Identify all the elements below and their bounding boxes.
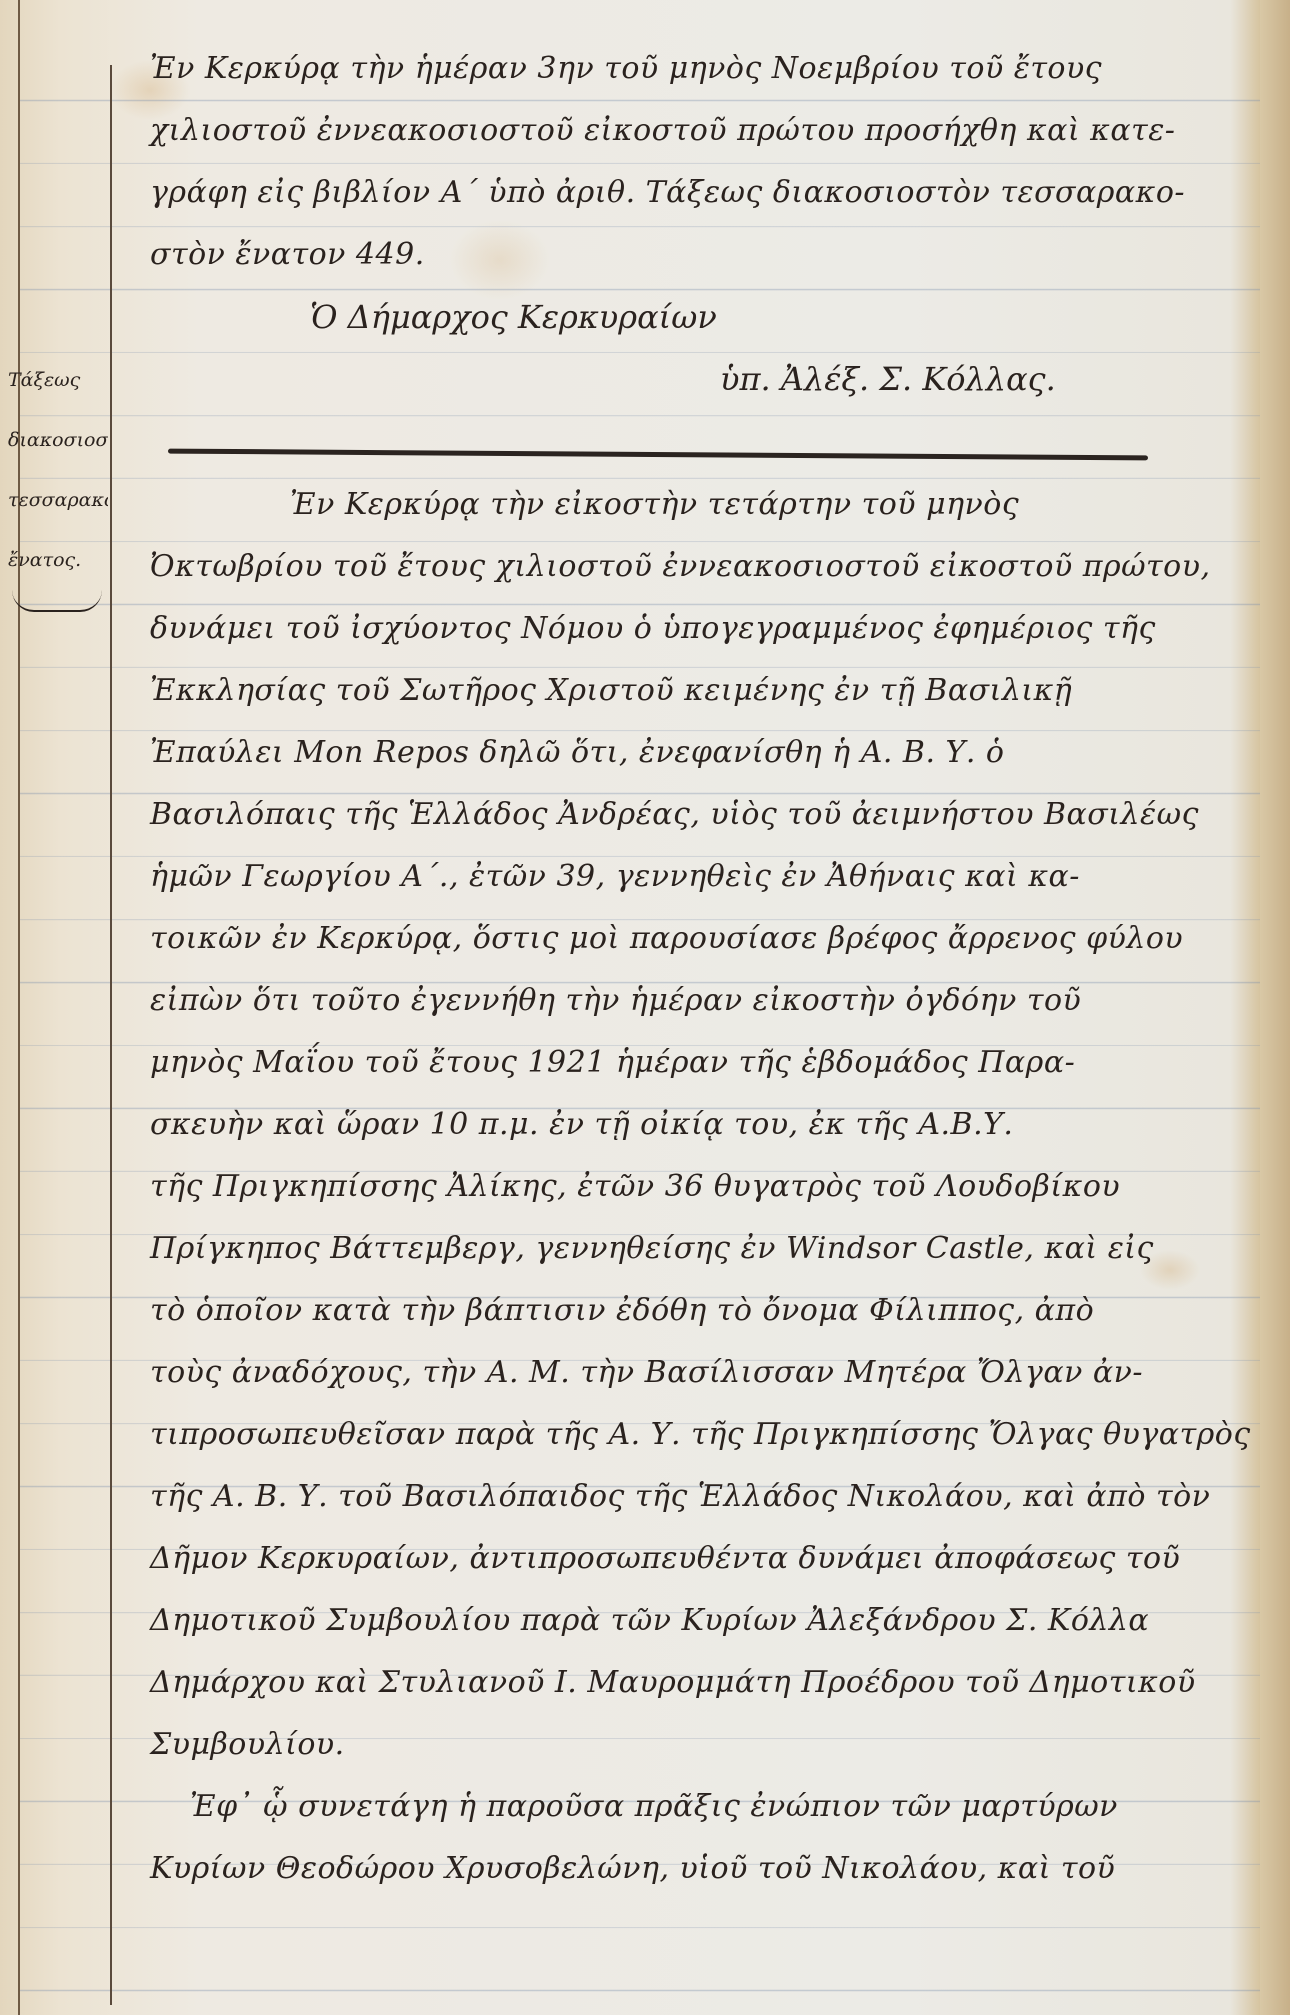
margin-note-line: ἔνατος. [8, 530, 108, 590]
entry-line: χιλιοστοῦ ἐννεακοσιοστοῦ εἰκοστοῦ πρώτου… [150, 100, 1230, 162]
margin-rule [110, 65, 112, 2005]
binding-edge-line [18, 0, 20, 2015]
birth-record-entry: Ἐν Κερκύρᾳ τὴν εἰκοστὴν τετάρτην τοῦ μην… [150, 474, 1230, 1900]
margin-note-line: Τάξεως [8, 350, 108, 410]
registration-note-entry: Ἐν Κερκύρᾳ τὴν ἡμέραν 3ην τοῦ μηνὸς Νοεμ… [150, 38, 1230, 410]
margin-note-line: διακοσιοστὸς [8, 410, 108, 470]
entry-line: τιπροσωπευθεῖσαν παρὰ τῆς Α. Υ. τῆς Πριγ… [150, 1404, 1230, 1466]
entry-line: τοὺς ἀναδόχους, τὴν Α. Μ. τὴν Βασίλισσαν… [150, 1342, 1230, 1404]
entry-line: Ἐπαύλει Mon Repos δηλῶ ὅτι, ἐνεφανίσθη ἡ… [150, 722, 1230, 784]
page-edge [1260, 0, 1290, 2015]
entry-line: μηνὸς Μαΐου τοῦ ἔτους 1921 ἡμέραν τῆς ἑβ… [150, 1032, 1230, 1094]
entry-line: τὸ ὁποῖον κατὰ τὴν βάπτισιν ἐδόθη τὸ ὄνο… [150, 1280, 1230, 1342]
entry-line: Δημάρχου καὶ Στυλιανοῦ Ι. Μαυρομμάτη Προ… [150, 1652, 1230, 1714]
entry-line: Ἐν Κερκύρᾳ τὴν εἰκοστὴν τετάρτην τοῦ μην… [150, 474, 1230, 536]
entry-line: τῆς Πριγκηπίσσης Ἀλίκης, ἐτῶν 36 θυγατρὸ… [150, 1156, 1230, 1218]
register-page: Τάξεως διακοσιοστὸς τεσσαρακοστὸς ἔνατος… [0, 0, 1290, 2015]
entry-line: στὸν ἔνατον 449. [150, 224, 1230, 286]
entry-line: δυνάμει τοῦ ἰσχύοντος Νόμου ὁ ὑπογεγραμμ… [150, 598, 1230, 660]
entry-line: Πρίγκηπος Βάττεμβεργ, γεννηθείσης ἐν Win… [150, 1218, 1230, 1280]
margin-note-order-number: Τάξεως διακοσιοστὸς τεσσαρακοστὸς ἔνατος… [8, 350, 108, 590]
entry-line: Συμβουλίου. [150, 1714, 1230, 1776]
entry-line: Ὀκτωβρίου τοῦ ἔτους χιλιοστοῦ ἐννεακοσιο… [150, 536, 1230, 598]
entry-line: εἰπὼν ὅτι τοῦτο ἐγεννήθη τὴν ἡμέραν εἰκο… [150, 970, 1230, 1032]
signature-name: ὑπ. Ἀλέξ. Σ. Κόλλας. [150, 348, 1230, 410]
entry-line: Δῆμον Κερκυραίων, ἀντιπροσωπευθέντα δυνά… [150, 1528, 1230, 1590]
entry-line: γράφη εἰς βιβλίον Α΄ ὑπὸ ἀριθ. Τάξεως δι… [150, 162, 1230, 224]
entry-line: Δημοτικοῦ Συμβουλίου παρὰ τῶν Κυρίων Ἀλε… [150, 1590, 1230, 1652]
entry-line: Ἐκκλησίας τοῦ Σωτῆρος Χριστοῦ κειμένης ἐ… [150, 660, 1230, 722]
margin-flourish [12, 590, 102, 612]
entry-line: Ἐν Κερκύρᾳ τὴν ἡμέραν 3ην τοῦ μηνὸς Νοεμ… [150, 38, 1230, 100]
signature-title: Ὁ Δήμαρχος Κερκυραίων [150, 286, 1230, 348]
entry-line: Βασιλόπαις τῆς Ἑλλάδος Ἀνδρέας, υἱὸς τοῦ… [150, 784, 1230, 846]
entry-line: Ἐφ᾽ ᾧ συνετάγη ἡ παροῦσα πρᾶξις ἐνώπιον … [150, 1776, 1230, 1838]
entry-line: ἡμῶν Γεωργίου Α΄., ἐτῶν 39, γεννηθεὶς ἐν… [150, 846, 1230, 908]
entry-line: τοικῶν ἐν Κερκύρᾳ, ὅστις μοὶ παρουσίασε … [150, 908, 1230, 970]
entry-line: τῆς Α. Β. Υ. τοῦ Βασιλόπαιδος τῆς Ἑλλάδο… [150, 1466, 1230, 1528]
entry-line: Κυρίων Θεοδώρου Χρυσοβελώνη, υἱοῦ τοῦ Νι… [150, 1838, 1230, 1900]
entry-line: σκευὴν καὶ ὥραν 10 π.μ. ἐν τῇ οἰκίᾳ του,… [150, 1094, 1230, 1156]
margin-note-line: τεσσαρακοστὸς [8, 470, 108, 530]
